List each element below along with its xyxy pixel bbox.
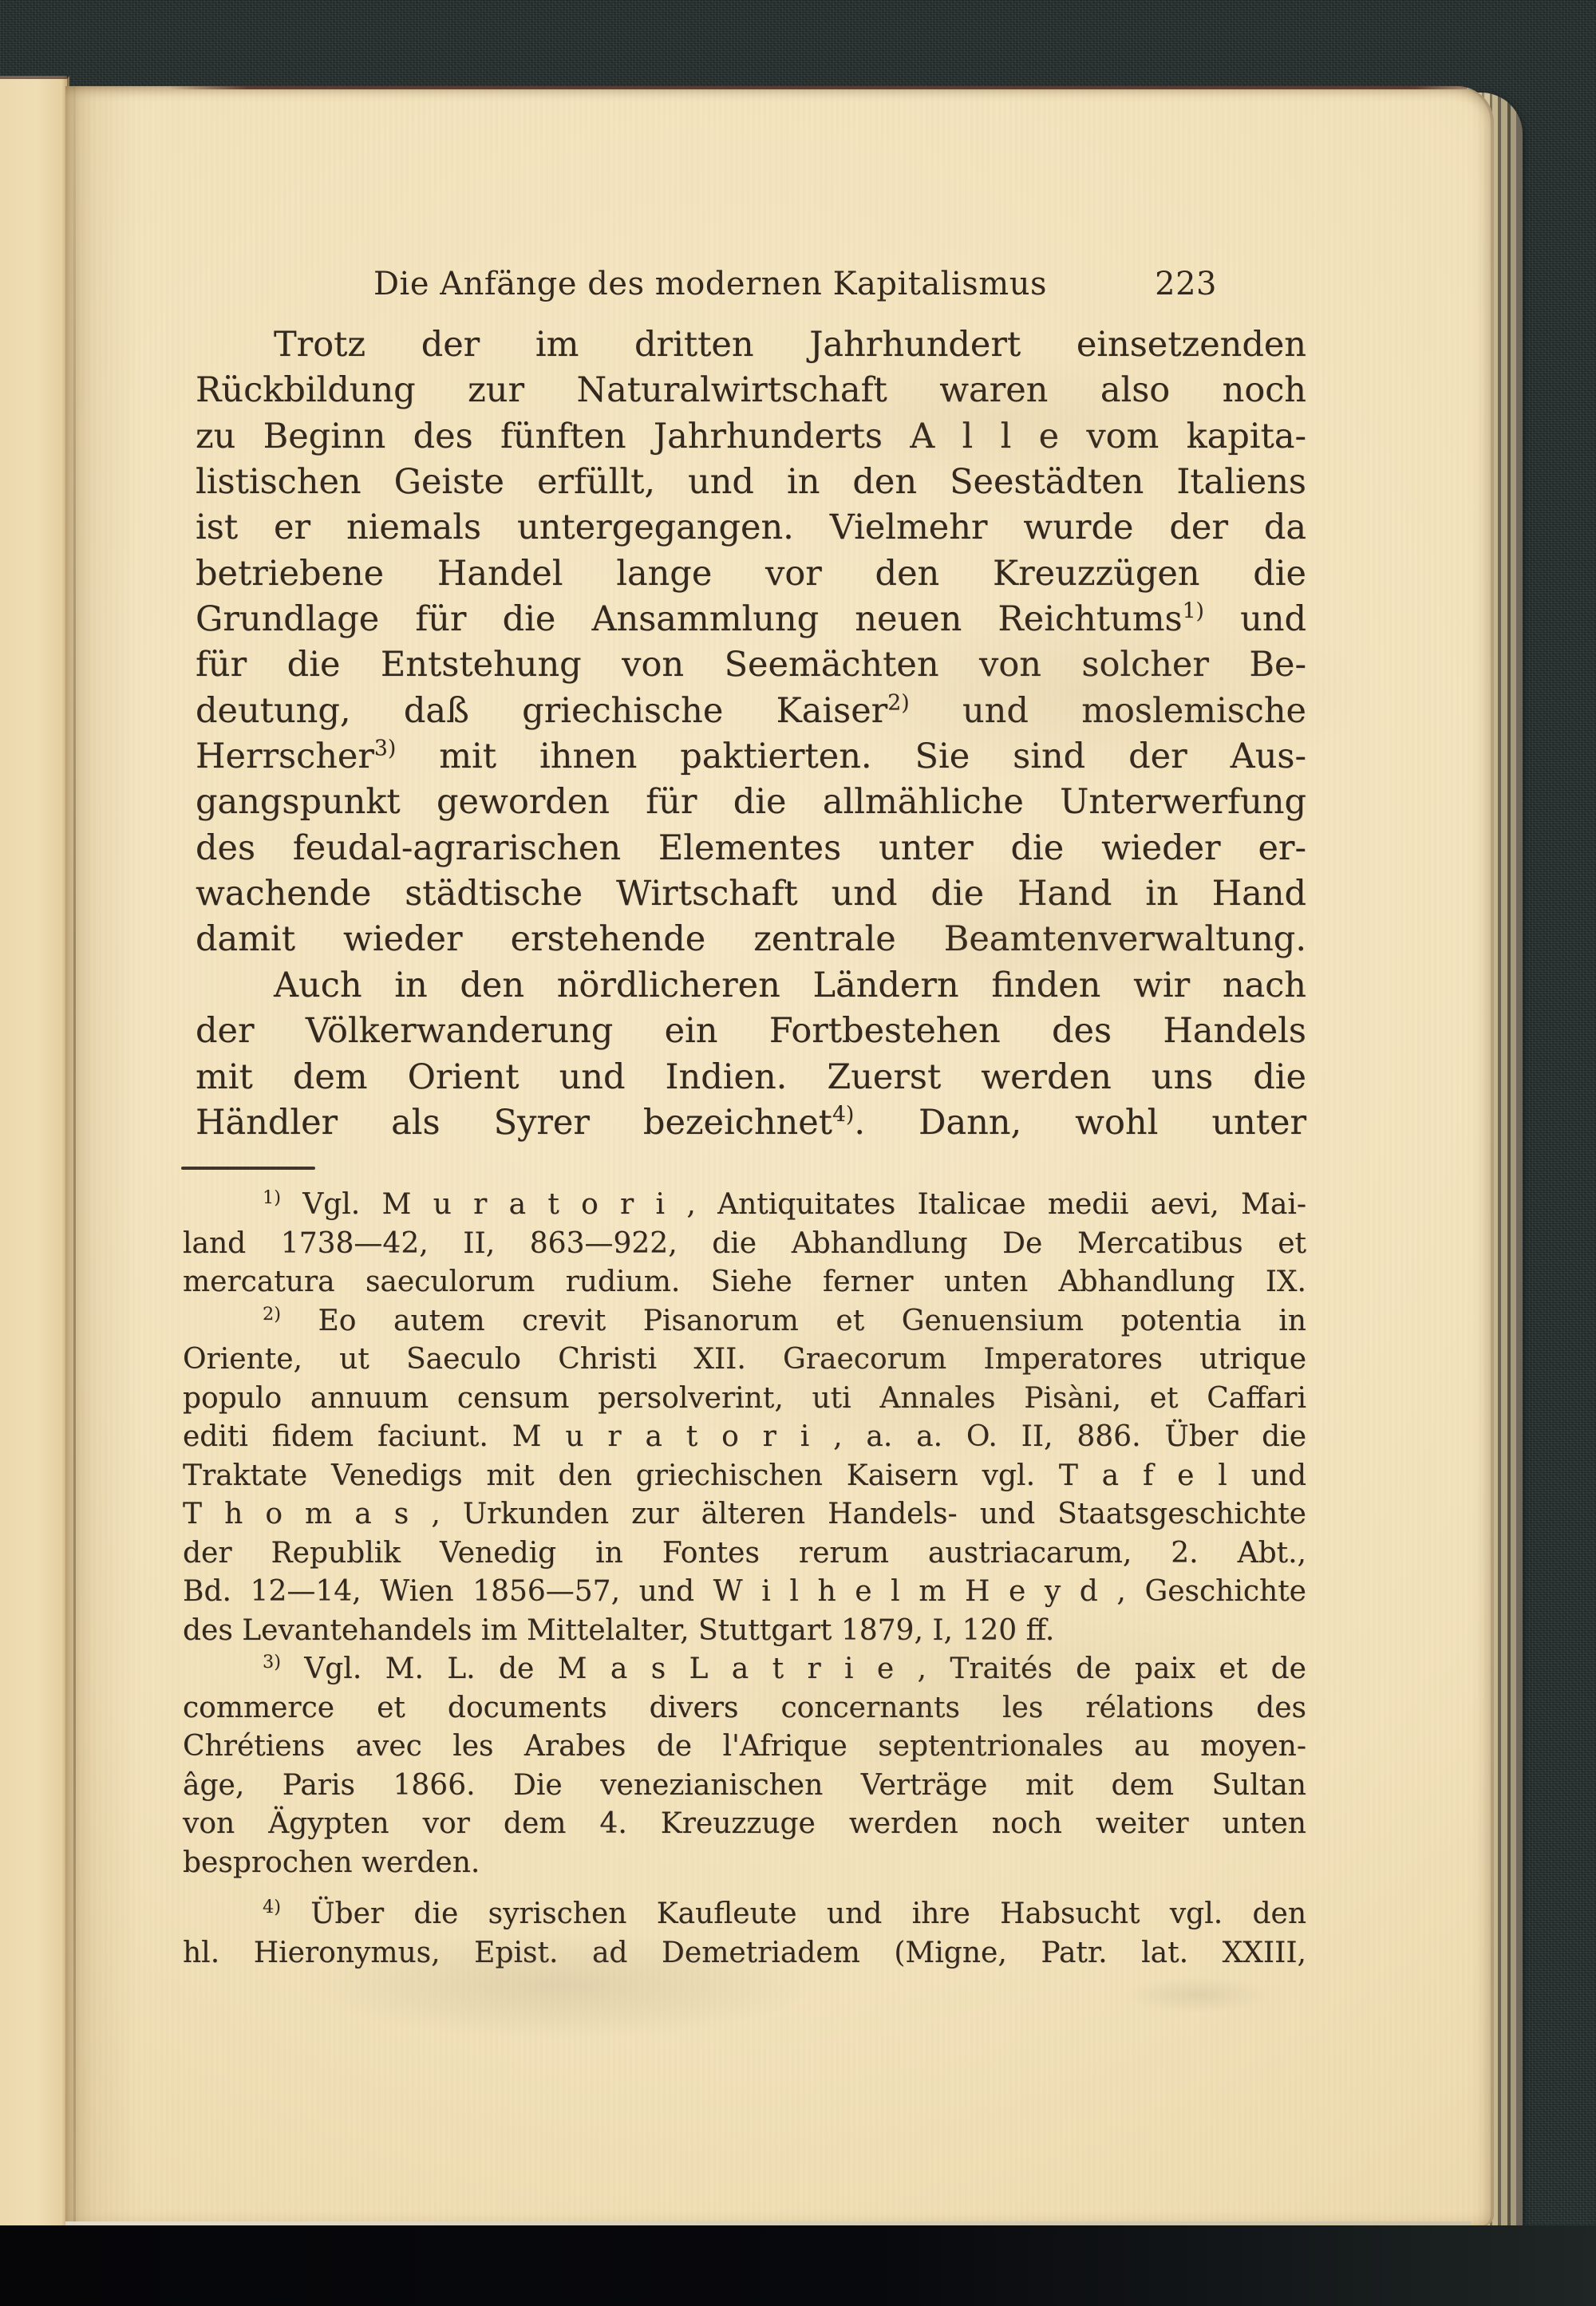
text-line: commerce et documents divers concernants… [183,1689,1306,1728]
left-page-edge [0,76,69,2229]
text-line: ist er niemals untergegangen. Vielmehr w… [196,505,1306,551]
page-content: Die Anfänge des modernen Kapitalismus 22… [196,86,1306,2226]
text-line: hl. Hieronymus, Epist. ad Demetriadem (M… [183,1934,1306,1973]
text-line: 1) Vgl. M u r a t o r i , Antiquitates I… [183,1186,1306,1225]
text-line: für die Entstehung von Seemächten von so… [196,642,1306,688]
text-line: Grundlage für die Ansammlung neuen Reich… [196,597,1306,642]
text-line: betriebene Handel lange vor den Kreuzzüg… [196,551,1306,597]
text-line: 3) Vgl. M. L. de M a s L a t r i e , Tra… [183,1650,1306,1689]
text-line: Rückbildung zur Naturalwirtschaft waren … [196,368,1306,413]
text-line: Chrétiens avec les Arabes de l'Afrique s… [183,1728,1306,1767]
text-line: T h o m a s , Urkunden zur älteren Hande… [183,1495,1306,1534]
text-line: Bd. 12—14, Wien 1856—57, und W i l h e l… [183,1573,1306,1612]
text-line: der Völkerwanderung ein Fortbestehen des… [196,1009,1306,1054]
text-line: Händler als Syrer bezeichnet4). Dann, wo… [196,1100,1306,1146]
gutter-crease [73,86,76,2226]
text-line: der Republik Venedig in Fontes rerum aus… [183,1534,1306,1574]
book-photo: Die Anfänge des modernen Kapitalismus 22… [0,0,1596,2306]
text-line: Herrscher3) mit ihnen paktierten. Sie si… [196,734,1306,780]
text-line: damit wieder erstehende zentrale Beamten… [196,917,1306,962]
text-line: âge, Paris 1866. Die venezianischen Vert… [183,1767,1306,1806]
page-number: 223 [1155,265,1217,303]
text-line: von Ägypten vor dem 4. Kreuzzuge werden … [183,1805,1306,1844]
gutter-shadow [65,86,137,2226]
text-line: editi fidem faciunt. M u r a t o r i , a… [183,1418,1306,1457]
running-title: Die Anfänge des modernen Kapitalismus [196,265,1306,303]
text-line: Traktate Venedigs mit den griechischen K… [183,1457,1306,1496]
text-line: Auch in den nördlicheren Ländern finden … [196,963,1306,1009]
text-line: Oriente, ut Saeculo Christi XII. Graecor… [183,1341,1306,1380]
page-header: Die Anfänge des modernen Kapitalismus 22… [196,265,1306,310]
table-shadow [0,2225,1596,2306]
text-line: gangspunkt geworden für die allmähliche … [196,780,1306,825]
body-text: Trotz der im dritten Jahrhundert einsetz… [196,322,1306,1146]
text-line: zu Beginn des fünften Jahrhunderts A l l… [196,414,1306,460]
text-line: wachende städtische Wirtschaft und die H… [196,871,1306,917]
book-page: Die Anfänge des modernen Kapitalismus 22… [65,86,1494,2226]
text-line: besprochen werden. [183,1844,1306,1883]
text-line: populo annuum censum persolverint, uti A… [183,1380,1306,1419]
text-line: mit dem Orient und Indien. Zuerst werden… [196,1055,1306,1100]
text-line: Trotz der im dritten Jahrhundert einsetz… [196,322,1306,368]
text-line: land 1738—42, II, 863—922, die Abhandlun… [183,1225,1306,1264]
footnotes: 1) Vgl. M u r a t o r i , Antiquitates I… [183,1186,1306,1972]
text-line: des feudal-agrarischen Elementes unter d… [196,826,1306,871]
footnote-rule [181,1167,315,1170]
text-line: 2) Eo autem crevit Pisanorum et Genuensi… [183,1302,1306,1341]
text-line: des Levantehandels im Mittelalter, Stutt… [183,1612,1306,1651]
text-line: listischen Geiste erfüllt, und in den Se… [196,460,1306,505]
text-line: 4) Über die syrischen Kaufleute und ihre… [183,1895,1306,1934]
text-line: mercatura saeculorum rudium. Siehe ferne… [183,1263,1306,1302]
text-line: deutung, daß griechische Kaiser2) und mo… [196,689,1306,734]
